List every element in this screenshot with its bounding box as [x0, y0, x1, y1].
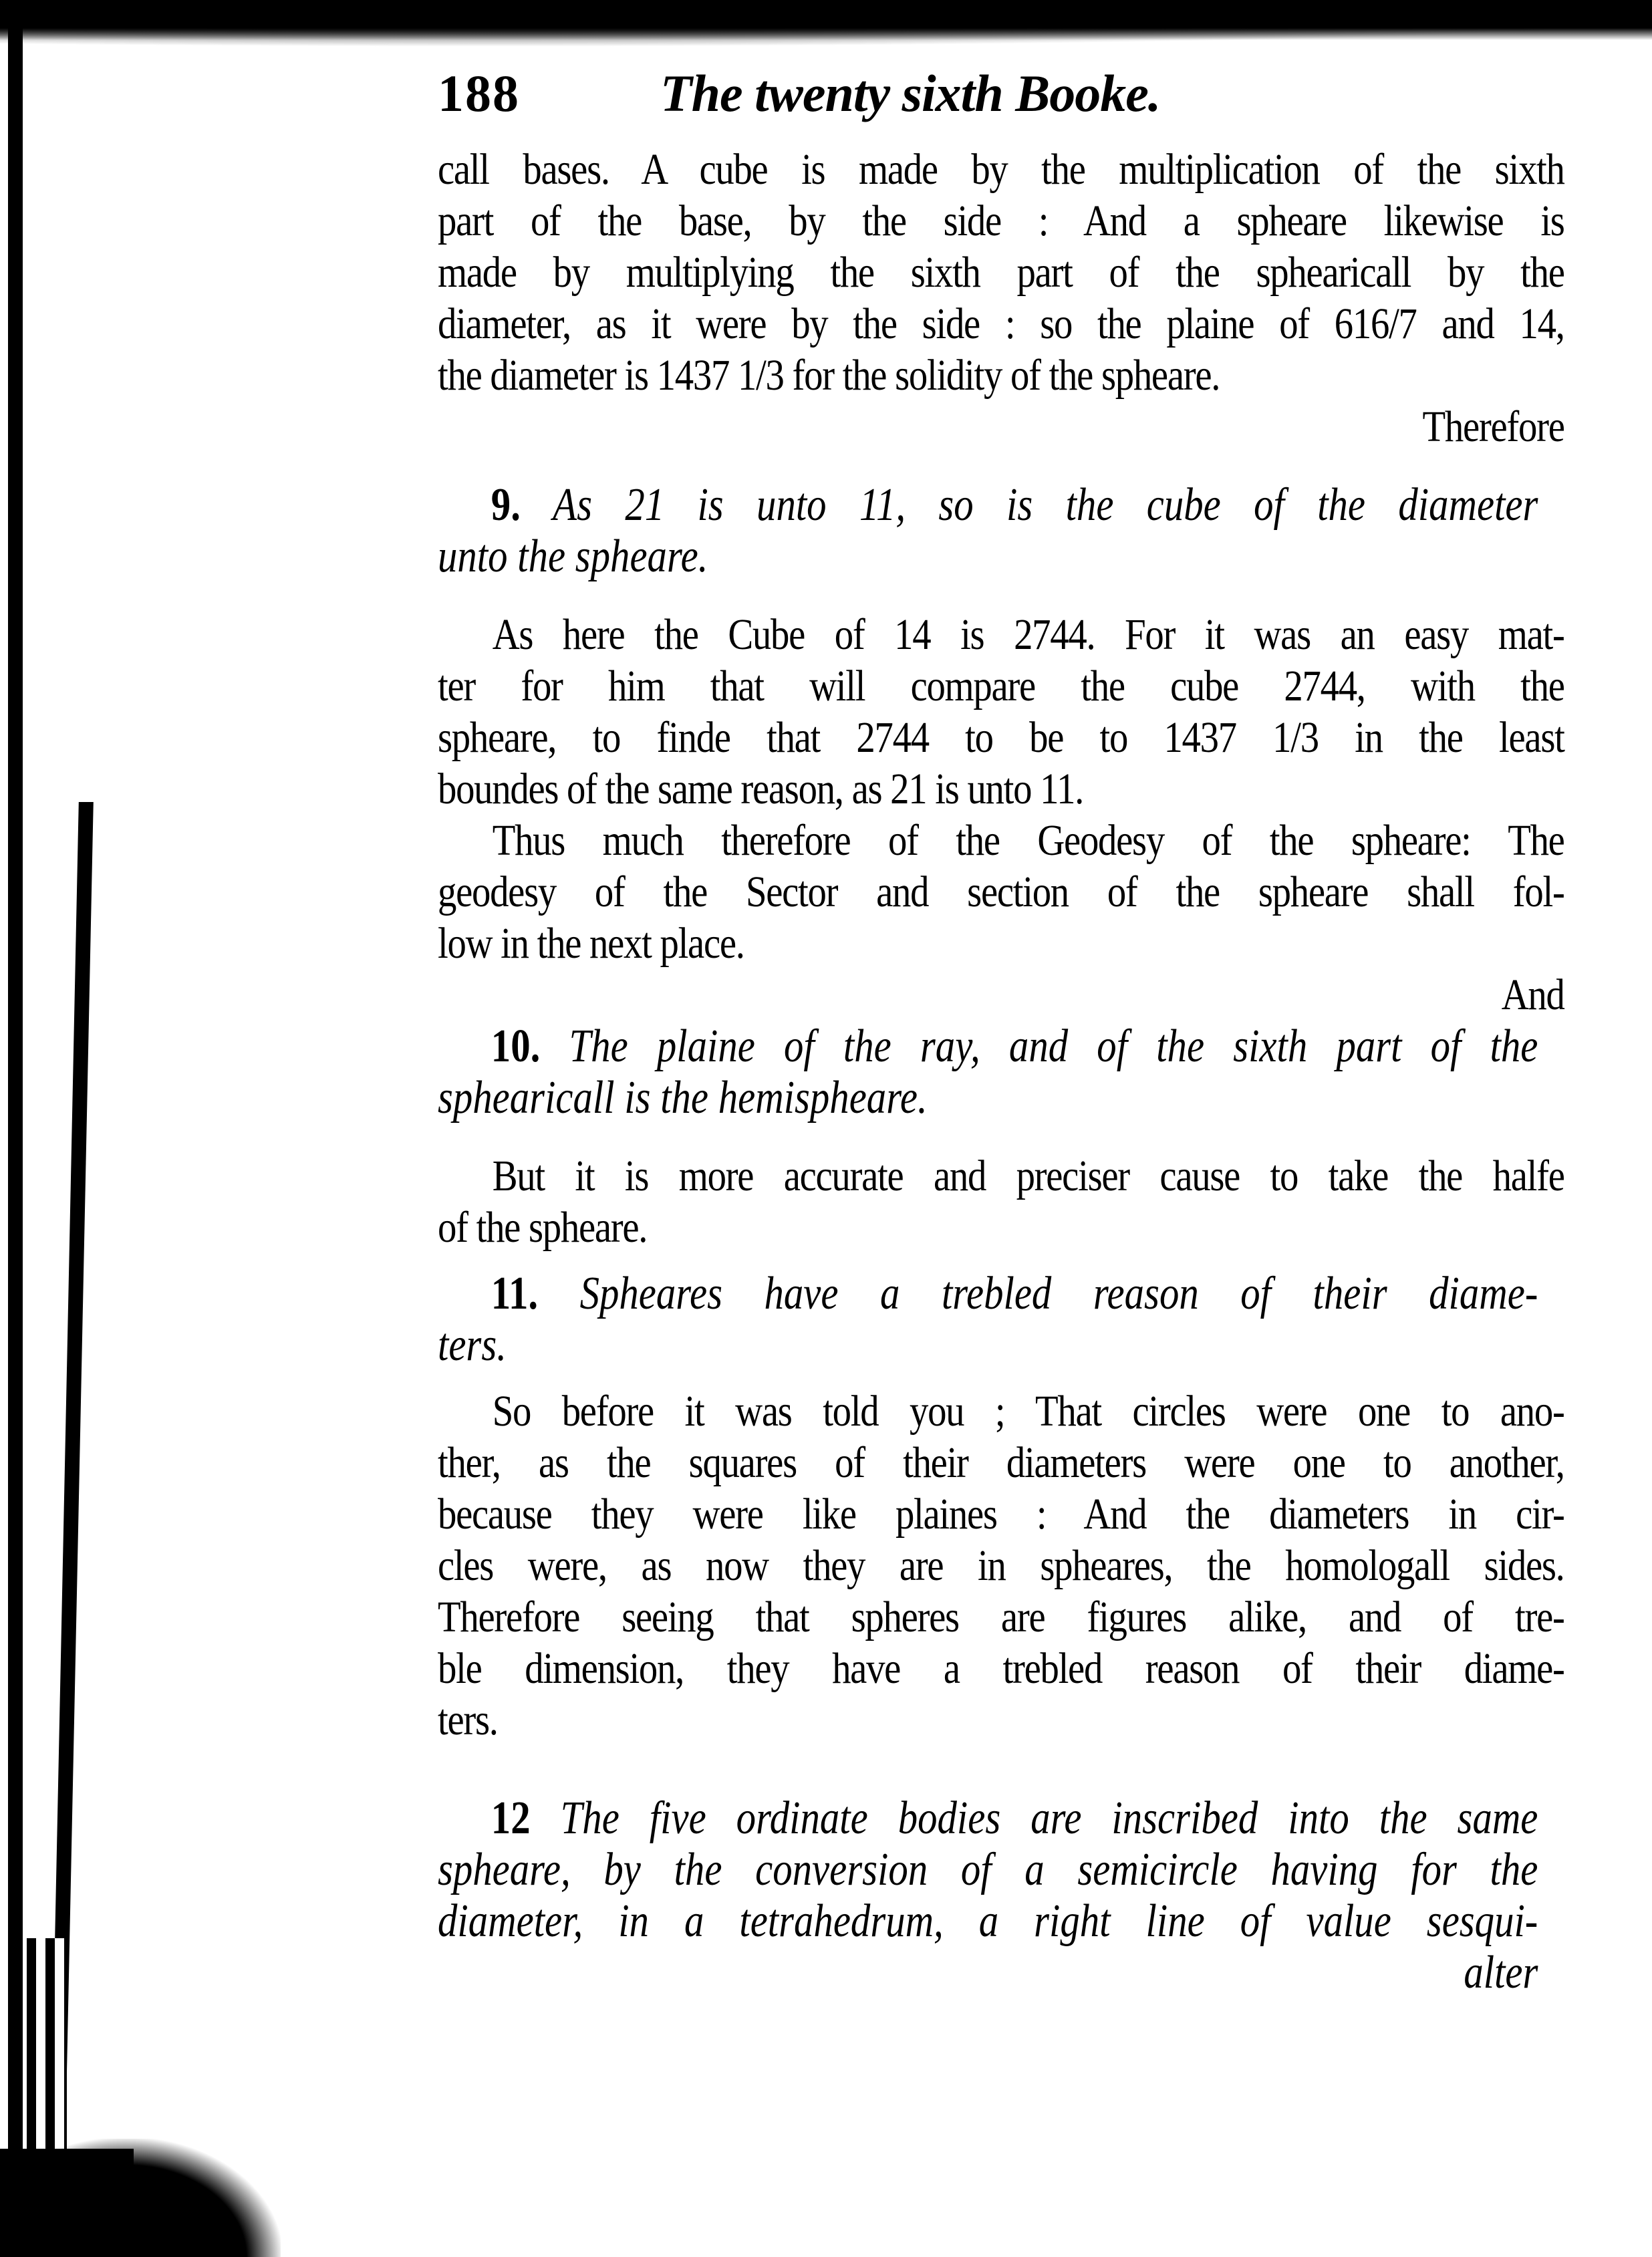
text-line: the diameter is 1437 1/3 for the solidit… [438, 350, 1564, 401]
scan-top-shadow [0, 20, 1652, 47]
text-line: made by multiplying the sixth part of th… [438, 247, 1564, 298]
text-line: diameter, in a tetrahedrum, a right line… [438, 1895, 1538, 1947]
text-line: So before it was told you ; That circles… [438, 1385, 1564, 1437]
proposition-10: 10. The plaine of the ray, and of the si… [438, 1021, 1564, 1123]
text-line: ter for him that will compare the cube 2… [438, 660, 1564, 712]
text-line: The five ordinate bodies are inscribed i… [561, 1793, 1538, 1844]
text-line: because they were like plaines : And the… [438, 1488, 1564, 1540]
text-line: But it is more accurate and preciser cau… [438, 1150, 1564, 1202]
text-line: of the spheare. [438, 1202, 1564, 1253]
proposition-number: 12 [491, 1793, 531, 1844]
proposition-number: 11. [491, 1268, 538, 1319]
text-line: part of the base, by the side : And a sp… [438, 195, 1564, 247]
text-line: Spheares have a trebled reason of their … [580, 1268, 1538, 1319]
catchword: alter [438, 1947, 1538, 1998]
text-line: diameter, as it were by the side : so th… [438, 298, 1564, 350]
text-line: As here the Cube of 14 is 2744. For it w… [438, 609, 1564, 660]
proposition-11: 11. Spheares have a trebled reason of th… [438, 1268, 1564, 1371]
text-line: call bases. A cube is made by the multip… [438, 144, 1564, 195]
text-line: ters. [438, 1694, 1564, 1746]
proposition-number: 9. [491, 479, 521, 531]
text-line: sphearicall is the hemispheare. [438, 1072, 1538, 1123]
paragraph-geodesy: Thus much therefore of the Geodesy of th… [438, 815, 1564, 1021]
text-line: spheare, by the conversion of a semicirc… [438, 1844, 1538, 1895]
text-line: The plaine of the ray, and of the sixth … [569, 1021, 1538, 1072]
text-line: ble dimension, they have a trebled reaso… [438, 1643, 1564, 1694]
paragraph-continuation: call bases. A cube is made by the multip… [438, 144, 1564, 452]
text-line: As 21 is unto 11, so is the cube of the … [553, 479, 1538, 531]
text-line: Therefore seeing that spheres are figure… [438, 1591, 1564, 1643]
text-line: ters. [438, 1319, 1538, 1371]
book-page: 188 The twenty sixth Booke. call bases. … [438, 63, 1564, 1998]
page-number: 188 [438, 63, 520, 124]
proposition-9: 9. As 21 is unto 11, so is the cube of t… [438, 479, 1564, 582]
paragraph-cube-of-14: As here the Cube of 14 is 2744. For it w… [438, 609, 1564, 815]
text-line: geodesy of the Sector and section of the… [438, 866, 1564, 918]
binding-edge-outer [8, 27, 23, 2257]
paragraph-hemispheare: But it is more accurate and preciser cau… [438, 1150, 1564, 1253]
running-head: 188 The twenty sixth Booke. [438, 63, 1564, 144]
paragraph-circles: So before it was told you ; That circles… [438, 1385, 1564, 1746]
proposition-12: 12 The five ordinate bodies are inscribe… [438, 1793, 1564, 1998]
text-line: boundes of the same reason, as 21 is unt… [438, 763, 1564, 815]
text-line: ther, as the squares of their diameters … [438, 1437, 1564, 1488]
text-line: unto the spheare. [438, 531, 1538, 582]
text-line: spheare, to finde that 2744 to be to 143… [438, 712, 1564, 763]
text-line: low in the next place. [438, 918, 1564, 969]
running-title: The twenty sixth Booke. [660, 63, 1160, 124]
text-line: Thus much therefore of the Geodesy of th… [438, 815, 1564, 866]
scan-corner-blotch [0, 2139, 281, 2257]
text-line: cles were, as now they are in spheares, … [438, 1540, 1564, 1591]
catchword: Therefore [438, 401, 1564, 452]
proposition-number: 10. [491, 1021, 541, 1072]
catchword: And [438, 969, 1564, 1021]
